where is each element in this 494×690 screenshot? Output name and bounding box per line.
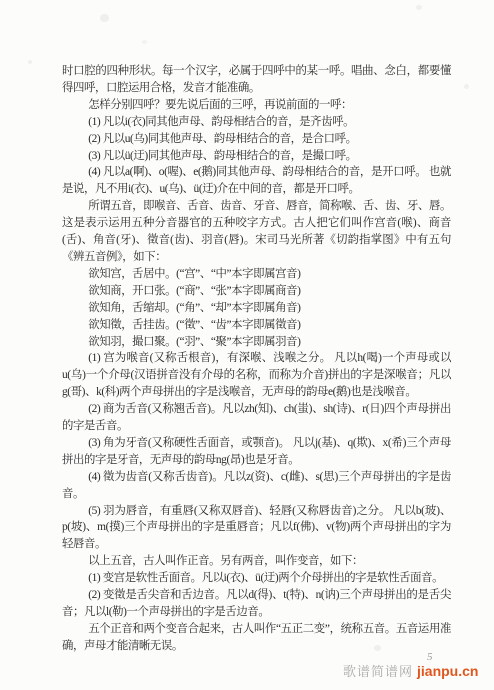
paragraph: 所谓五音，即喉音、舌音、齿音、牙音、唇音，简称喉、舌、齿、牙、唇。这是表示运用五…	[62, 198, 451, 266]
scan-artifact	[142, 40, 147, 44]
paragraph: (1) 凡以i(衣)同其他声母、韵母相结合的音，是齐齿呼。	[62, 114, 451, 131]
paragraph: (1) 宫为喉音(又称舌根音)，有深喉、浅喉之分。 凡以h(喝)一个声母或以u(…	[62, 350, 451, 401]
scan-artifact	[100, 14, 109, 22]
body-text: 时口腔的四种形状。每一个汉字，必属于四呼中的某一呼。唱曲、念白，都要懂得四呼，口…	[62, 63, 451, 655]
watermark-site-name: 歌谱简谱网	[343, 664, 413, 679]
paragraph: (3) 角为牙音(又称硬性舌面音，或颚音)。 凡以j(基)、q(欺)、x(希)三…	[62, 435, 451, 469]
paragraph: 时口腔的四种形状。每一个汉字，必属于四呼中的某一呼。唱曲、念白，都要懂得四呼，口…	[62, 63, 451, 97]
paragraph: 欲知商，开口张。(“商”、“张”本字即属商音)	[62, 283, 451, 300]
paragraph: 欲知宫，舌居中。(“宫”、“中”本字即属宫音)	[62, 266, 451, 283]
paragraph: (2) 变徵是舌尖音和舌边音。凡以d(得)、t(特)、n(讷)三个声母拼出的是舌…	[62, 587, 451, 621]
paragraph: 怎样分别四呼？要先说后面的三呼，再说前面的一呼：	[62, 97, 451, 114]
paragraph: (1) 变宫是软性舌面音。凡以i(衣)、ü(迂)两个介母拼出的字是软性舌面音。	[62, 570, 451, 587]
watermark-site-url: jianpu.cn	[417, 663, 478, 679]
paragraph: (4) 徵为齿音(又称舌齿音)。凡以z(资)、c(雌)、s(思)三个声母拼出的字…	[62, 469, 451, 503]
paragraph: (5) 羽为唇音，有重唇(又称双唇音)、轻唇(又称唇齿音)之分。 凡以b(玻)、…	[62, 503, 451, 554]
paragraph: 以上五音，古人叫作正音。另有两音，叫作变音，如下：	[62, 553, 451, 570]
paragraph: (2) 凡以u(乌)同其他声母、韵母相结合的音，是合口呼。	[62, 131, 451, 148]
paragraph: (3) 凡以ü(迂)同其他声母、韵母相结合的音，是撮口呼。	[62, 148, 451, 165]
watermark: 歌谱简谱网jianpu.cn	[343, 661, 478, 680]
paragraph: (2) 商为舌音(又称翘舌音)。凡以zh(知)、ch(蚩)、sh(诗)、r(日)…	[62, 401, 451, 435]
scan-artifact	[28, 60, 32, 64]
paragraph: 欲知羽，撮口聚。(“羽”、“聚”本字即属羽音)	[62, 334, 451, 351]
paragraph: 五个正音和两个变音合起来，古人叫作“五正二变”，统称五音。五音运用准确，声母才能…	[62, 621, 451, 655]
paragraph: 欲知徵，舌挂齿。(“徵”、“齿”本字即属徵音)	[62, 317, 451, 334]
scanned-book-page: 时口腔的四种形状。每一个汉字，必属于四呼中的某一呼。唱曲、念白，都要懂得四呼，口…	[0, 0, 494, 690]
paragraph: (4) 凡以a(啊)、o(喔)、e(鹅)同其他声母、韵母相结合的音，是开口呼。 …	[62, 164, 451, 198]
scan-artifact	[416, 5, 422, 10]
scan-artifact	[464, 84, 469, 89]
paragraph: 欲知角，舌缩却。(“角”、“却”本字即属角音)	[62, 300, 451, 317]
